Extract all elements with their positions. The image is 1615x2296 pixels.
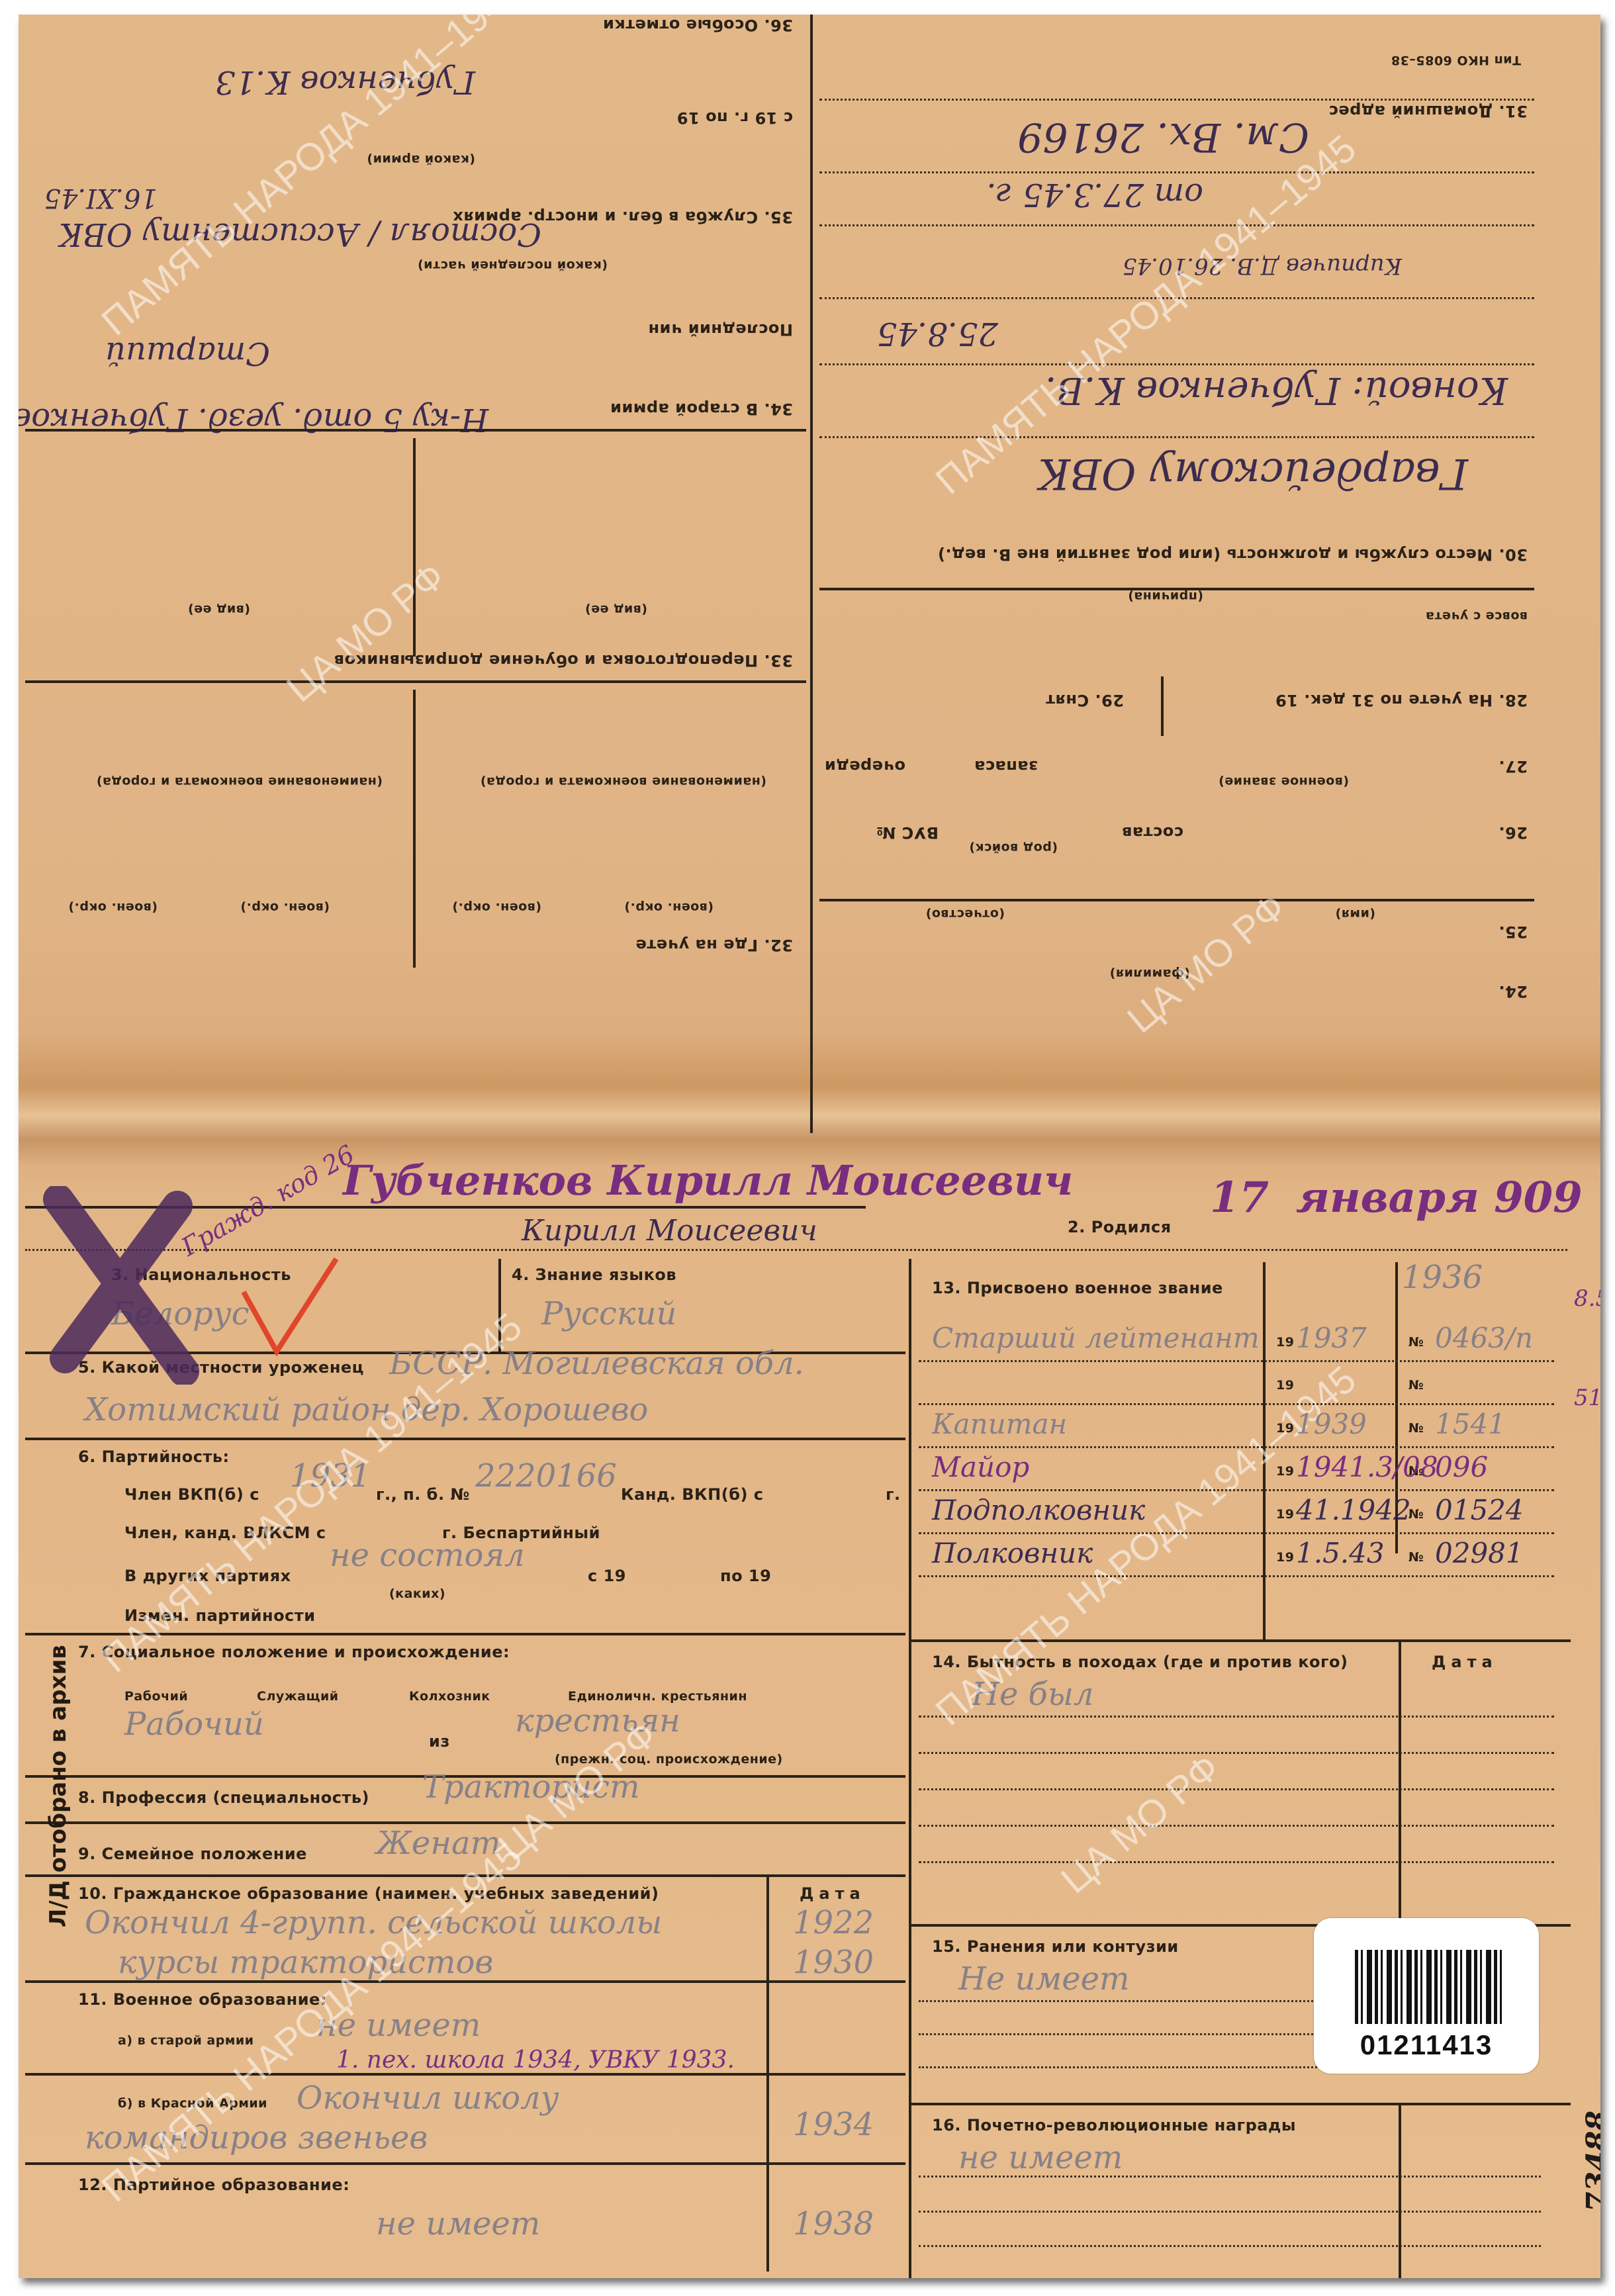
- q6-other-to: по 19: [720, 1567, 771, 1585]
- rank-number-prefix: №: [1408, 1421, 1424, 1436]
- violet-cross-mark: [38, 1186, 204, 1385]
- q11-red-army-line1: Окончил школу: [297, 2080, 559, 2117]
- q24-caption: (фамилия): [1109, 966, 1190, 981]
- q11-red-army-line2: командиров звеньев: [85, 2119, 428, 2156]
- q33-caption: (вид ее): [585, 602, 647, 617]
- q36-label: 36. Особые отметки: [603, 16, 793, 34]
- q6-komsomol-label: Член, канд. ВЛКСМ с: [124, 1524, 326, 1542]
- q16-value: не имеет: [958, 2139, 1123, 2176]
- q7-col-employee: Служащий: [257, 1689, 339, 1704]
- q35-caption1: (какой последней части): [418, 258, 608, 273]
- barcode-number: 01211413: [1314, 2029, 1539, 2061]
- print-code: Тип НКО 6085–38: [1391, 53, 1521, 68]
- q4-value: Русский: [541, 1295, 676, 1332]
- q9-value: Женат: [376, 1825, 500, 1862]
- q34-rank-value: Старший: [105, 335, 270, 372]
- q4-label: 4. Знание языков: [512, 1265, 676, 1284]
- q35-period: с 19 г. по 19: [676, 109, 793, 127]
- rank-order-number: 02981: [1435, 1537, 1524, 1569]
- q2-label: 2. Родился: [1068, 1218, 1172, 1236]
- barcode-label: 01211413: [1314, 1918, 1539, 2074]
- q32-sub-caption: (наименование военкомата и города): [96, 774, 383, 789]
- q7-col-worker: Рабочий: [124, 1689, 188, 1704]
- q14-value: Не был: [972, 1676, 1093, 1713]
- rank-year: 1.5.43: [1296, 1537, 1385, 1569]
- archive-side-stamp: Л/Д отобрано в архив: [45, 1645, 71, 1927]
- q15-value: Не имеет: [958, 1960, 1130, 1998]
- q6-other-value: не состоял: [330, 1537, 525, 1574]
- birth-day: 17: [1210, 1173, 1269, 1222]
- rank-order-number: 096: [1435, 1451, 1488, 1483]
- rank-title: Старший лейтенант: [932, 1322, 1260, 1354]
- rank-year: 1939: [1296, 1408, 1367, 1440]
- q30-line4: Кирпичев Д.В. 26.10.45: [1123, 253, 1402, 279]
- q35-value2: Губченков К.13: [215, 64, 475, 101]
- q8-value: Тракторист: [422, 1768, 639, 1806]
- q7-origin-caption: (прежн. соц. происхождение): [555, 1752, 783, 1767]
- birth-month-year: января 909: [1296, 1173, 1583, 1222]
- margin-note-1: 8.5: [1574, 1285, 1600, 1312]
- q9-label: 9. Семейное положение: [78, 1845, 307, 1863]
- q27-caption: (военное звание): [1219, 774, 1349, 789]
- q34-label: 34. В старой армии: [610, 400, 793, 418]
- q28-label: 28. На учете по 31 дек. 19: [1275, 691, 1528, 710]
- rank-title: Полковник: [932, 1537, 1093, 1569]
- q11-old-army-label: а) в старой армии: [118, 2033, 254, 2048]
- q6-member-year: 1931: [290, 1457, 371, 1494]
- q26-text1: состав: [1122, 823, 1183, 842]
- q10-date-header: Дата: [800, 1884, 866, 1903]
- q30-line3: 25.8.45: [877, 315, 998, 352]
- q31-line1: См. Вх. 26169: [1017, 114, 1309, 160]
- q10-row2-text: курсы трактористов: [118, 1944, 493, 1981]
- rank-year: 1937: [1296, 1322, 1367, 1354]
- q35-caption2: (какой армии): [367, 152, 475, 167]
- q25-label: 25.: [1499, 923, 1528, 941]
- q14-date-header: Дата: [1432, 1653, 1498, 1671]
- q6-member-label: Член ВКП(б) с: [124, 1485, 259, 1504]
- q11-red-army-label: б) в Красной Армии: [118, 2096, 267, 2111]
- q24-label: 24.: [1499, 982, 1528, 1001]
- q33-label: 33. Переподготовка и обучение допризывни…: [334, 651, 793, 670]
- q16-label: 16. Почетно-революционные награды: [932, 2116, 1296, 2135]
- name-correction: Кирилл Моисеевич: [522, 1214, 817, 1248]
- q6-other-label: В других партиях: [124, 1567, 291, 1585]
- q11-note: 1. пех. школа 1934, УВКУ 1933.: [336, 2046, 735, 2074]
- q26-label: 26.: [1499, 823, 1528, 842]
- q26-text2: ВУС №: [876, 823, 939, 842]
- q31-line2: от 27.3.45 г.: [986, 176, 1203, 213]
- q6-which-caption: (каких): [389, 1586, 445, 1601]
- q10-row1-text: Окончил 4-групп. сельской школы: [85, 1904, 662, 1941]
- archive-number: 73488: [1581, 2111, 1600, 2212]
- q29-label: 29. Снят: [1046, 691, 1124, 710]
- q10-row1-date: 1922: [793, 1904, 874, 1941]
- q7-label: 7. Социальное положение и происхождение:: [78, 1643, 510, 1661]
- q7-col-kolkhoz: Колхозник: [409, 1689, 490, 1704]
- rank-title: Майор: [932, 1451, 1029, 1483]
- q34-value: Н-ку 5 отд. уезд. Губченков: [19, 401, 488, 438]
- rank-year-prefix: 19: [1276, 1421, 1294, 1436]
- q25-caption-name: (имя): [1335, 907, 1375, 921]
- rank-title: Подполковник: [932, 1494, 1145, 1526]
- watermark: ЦА МО РФ: [1052, 1745, 1228, 1902]
- q33-caption: (вид ее): [188, 602, 250, 617]
- q5-line1: БССР. Могилевская обл.: [389, 1345, 804, 1382]
- q32-caption: (воен. окр.): [240, 900, 330, 915]
- q32-label: 32. Где на учете: [635, 936, 793, 954]
- q29-reason-caption: (причина): [1128, 589, 1203, 604]
- rank-number-prefix: №: [1408, 1335, 1424, 1350]
- q11-old-army-value: не имеет: [316, 2007, 481, 2044]
- q7-origin: крестьян: [515, 1702, 680, 1739]
- q10-row2-date: 1930: [793, 1944, 874, 1981]
- q30-label: 30. Место службы и должность (или род за…: [938, 545, 1528, 564]
- red-check-mark: [230, 1252, 349, 1358]
- q31-label: 31. Домашний адрес: [1328, 102, 1528, 120]
- q11-red-army-date: 1934: [793, 2106, 874, 2143]
- q7-col-peasant: Единоличн. крестьянин: [568, 1689, 747, 1704]
- q30-line1: Гвардейскому ОВК: [1037, 449, 1468, 498]
- rank-number-prefix: №: [1408, 1550, 1424, 1565]
- rank-year-prefix: 19: [1276, 1378, 1294, 1393]
- q32-caption: (воен. окр.): [452, 900, 541, 915]
- q12-date: 1938: [793, 2205, 874, 2242]
- q6-candidate-label: Канд. ВКП(б) с: [621, 1485, 764, 1504]
- q35-date: 16.XI.45: [44, 183, 158, 213]
- upper-half-inverted: Тип НКО 6085–38 31. Домашний адрес См. В…: [19, 15, 1600, 1133]
- q7-from-label: из: [429, 1732, 450, 1751]
- rank-year: 1941.3/08: [1296, 1451, 1438, 1483]
- q8-label: 8. Профессия (специальность): [78, 1788, 369, 1807]
- q27-text1: запаса: [974, 757, 1038, 776]
- q12-label: 12. Партийное образование:: [78, 2176, 349, 2194]
- q34-last-rank-label: Последний чин: [648, 320, 793, 339]
- q12-value: не имеет: [376, 2205, 540, 2242]
- rank-order-number: 1541: [1435, 1408, 1506, 1440]
- q32-sub-caption: (наименование военкомата и города): [480, 774, 766, 789]
- q11-label: 11. Военное образование:: [78, 1990, 327, 2009]
- rank-year: 41.1942: [1296, 1494, 1411, 1526]
- q13-header-year: 1936: [1402, 1259, 1483, 1296]
- rank-year-prefix: 19: [1276, 1507, 1294, 1522]
- q14-label: 14. Бытность в походах (где и против ког…: [932, 1653, 1348, 1671]
- q32-caption: (воен. окр.): [624, 900, 714, 915]
- barcode-bars: [1355, 1950, 1502, 2024]
- q25-caption-patronymic: (отчество): [925, 907, 1005, 921]
- q6-change-label: Измен. партийности: [124, 1606, 316, 1625]
- q6-candidate-suffix: г.: [886, 1485, 901, 1504]
- margin-note-2: 51/2: [1574, 1385, 1600, 1411]
- q26-caption: (род войск): [969, 841, 1058, 855]
- rank-order-number: 0463/п: [1435, 1322, 1533, 1354]
- q6-other-from: с 19: [588, 1567, 626, 1585]
- rank-year-prefix: 19: [1276, 1550, 1294, 1565]
- rank-order-number: 01524: [1435, 1494, 1524, 1526]
- q6-card-label: г., п. б. №: [376, 1485, 470, 1504]
- q29-reason-prefix: вовсе с учета: [1426, 609, 1528, 623]
- rank-number-prefix: №: [1408, 1378, 1424, 1393]
- q6-label: 6. Партийность:: [78, 1447, 230, 1466]
- q32-caption: (воен. окр.): [68, 900, 158, 915]
- q6-card-number: 2220166: [475, 1457, 617, 1494]
- full-name: Губченков Кирилл Моисеевич: [343, 1156, 1073, 1205]
- q13-label: 13. Присвоено военное звание: [932, 1279, 1223, 1297]
- rank-year-prefix: 19: [1276, 1464, 1294, 1479]
- q27-label: 27.: [1499, 757, 1528, 776]
- q35-value: Состоял / Ассистенту ОВК: [58, 216, 541, 253]
- q15-label: 15. Ранения или контузии: [932, 1937, 1179, 1956]
- q7-value: Рабочий: [124, 1706, 264, 1743]
- q10-label: 10. Гражданское образование (наимен. уче…: [78, 1884, 659, 1903]
- rank-year-prefix: 19: [1276, 1335, 1294, 1350]
- column-divider: [810, 15, 813, 1133]
- q30-line2: Конвой: Губченков К.В.: [1045, 369, 1508, 412]
- rank-title: Капитан: [932, 1408, 1067, 1440]
- q5-line2: Хотимский район дер. Хорошево: [85, 1391, 648, 1428]
- q27-text2: очереди: [825, 757, 905, 776]
